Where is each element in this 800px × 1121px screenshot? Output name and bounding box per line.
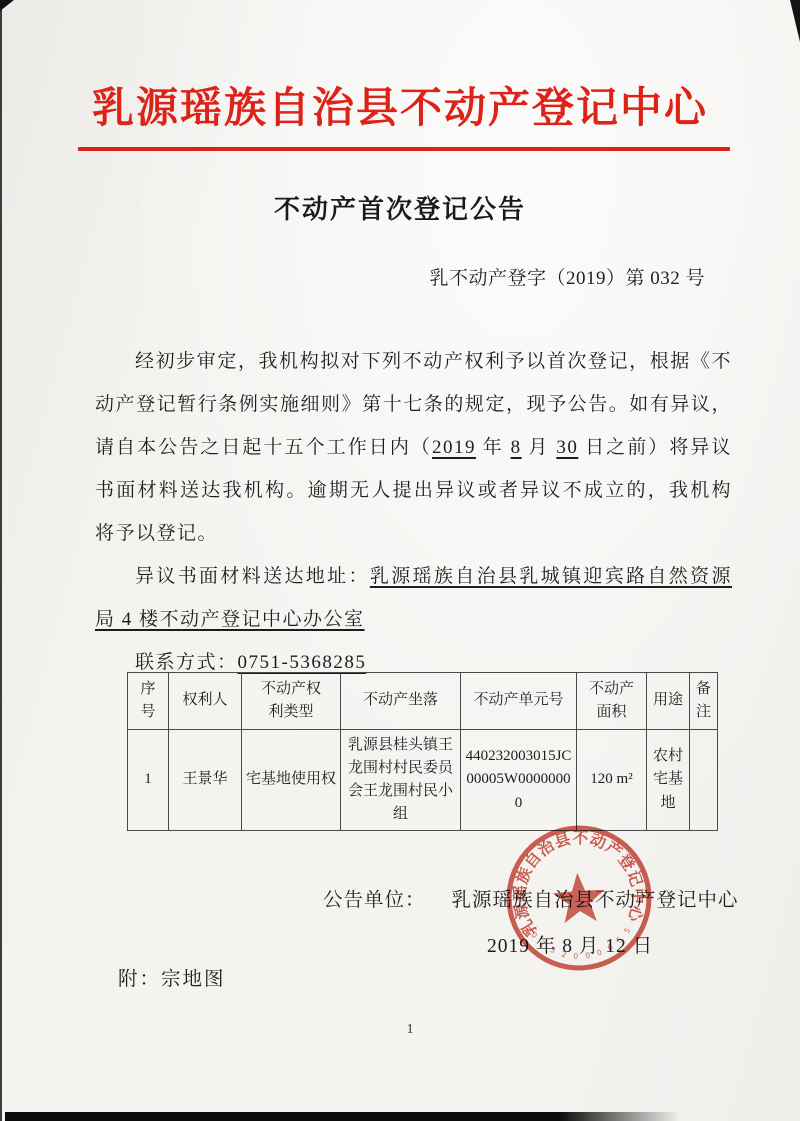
text-segment: 书面材料送达我机构。逾期无人提出异议或者异议不成立的，我机构 — [95, 480, 732, 501]
underlined-text: 2019 — [432, 437, 476, 458]
text-segment: 年 — [476, 437, 511, 458]
table-cell: 1 — [128, 730, 169, 831]
text-segment: 异议书面材料送达地址： — [135, 566, 370, 587]
scan-edge-bottom — [5, 1112, 680, 1121]
seal-star-icon — [551, 871, 606, 924]
official-seal: 乳源瑶族自治县不动产登记中心 0232000655 — [499, 818, 659, 978]
property-table-container: 序 号权利人不动产权 利类型不动产坐落不动产单元号不动产 面积用途备 注 1王景… — [127, 672, 718, 831]
table-header-cell: 序 号 — [128, 673, 169, 730]
body-line: 将予以登记。 — [95, 512, 732, 555]
table-cell: 440232003015JC 00005W00000000 — [461, 730, 577, 831]
table-header-cell: 不动产坐落 — [341, 673, 461, 730]
table-header-cell: 不动产 面积 — [577, 673, 647, 730]
text-segment: 动产登记暂行条例实施细则》第十七条的规定，现予公告。如有异议， — [95, 394, 732, 415]
text-segment: 月 — [522, 437, 557, 458]
text-segment: 联系方式： — [135, 652, 238, 673]
table-cell: 王景华 — [169, 730, 242, 831]
announcing-unit-label: 公告单位： — [323, 884, 426, 912]
scan-edge-left — [0, 0, 2, 1121]
table-header-cell: 不动产权 利类型 — [242, 673, 341, 730]
table-cell — [690, 730, 718, 831]
text-segment: 将予以登记。 — [95, 523, 218, 544]
body-line: 请自本公告之日起十五个工作日内（2019 年 8 月 30 日之前）将异议 — [95, 426, 732, 469]
body-line: 局 4 楼不动产登记中心办公室 — [95, 598, 732, 641]
table-header-cell: 用途 — [647, 673, 690, 730]
table-header-row: 序 号权利人不动产权 利类型不动产坐落不动产单元号不动产 面积用途备 注 — [128, 673, 718, 730]
text-segment: 请自本公告之日起十五个工作日内（ — [95, 437, 432, 458]
table-cell: 农村宅基地 — [647, 730, 690, 831]
body-line: 书面材料送达我机构。逾期无人提出异议或者异议不成立的，我机构 — [95, 469, 732, 512]
body-line: 经初步审定，我机构拟对下列不动产权利予以首次登记，根据《不 — [95, 340, 732, 383]
text-segment: 日之前）将异议 — [578, 437, 732, 458]
table-cell: 120 m² — [577, 730, 647, 831]
table-header-cell: 备 注 — [690, 673, 718, 730]
underlined-text: 局 4 楼不动产登记中心办公室 — [95, 609, 365, 630]
underlined-text: 0751-5368285 — [238, 652, 367, 673]
document-title: 不动产首次登记公告 — [0, 189, 800, 226]
table-row: 1王景华宅基地使用权乳源县桂头镇王龙围村村民委员会王龙围村民小组44023200… — [128, 730, 718, 831]
page-number: 1 — [0, 1022, 800, 1038]
text-segment: 经初步审定，我机构拟对下列不动产权利予以首次登记，根据《不 — [135, 351, 732, 372]
scan-corner-top-right — [790, 0, 800, 42]
property-table: 序 号权利人不动产权 利类型不动产坐落不动产单元号不动产 面积用途备 注 1王景… — [127, 672, 718, 831]
table-header-cell: 不动产单元号 — [461, 673, 577, 730]
table-header-cell: 权利人 — [169, 673, 242, 730]
underlined-text: 乳源瑶族自治县乳城镇迎宾路自然资源 — [370, 566, 732, 587]
scan-corner-top-left — [0, 0, 14, 11]
table-cell: 宅基地使用权 — [242, 730, 341, 831]
underlined-text: 30 — [556, 437, 578, 458]
body-line: 动产登记暂行条例实施细则》第十七条的规定，现予公告。如有异议， — [95, 383, 732, 426]
table-cell: 乳源县桂头镇王龙围村村民委员会王龙围村民小组 — [341, 730, 461, 831]
body-line: 异议书面材料送达地址：乳源瑶族自治县乳城镇迎宾路自然资源 — [95, 555, 732, 598]
underlined-text: 8 — [511, 437, 522, 458]
letterhead-divider-rule — [78, 147, 730, 151]
letterhead-org-title: 乳源瑶族自治县不动产登记中心 — [70, 84, 730, 134]
document-number: 乳不动产登字（2019）第 032 号 — [429, 263, 705, 290]
body-text: 经初步审定，我机构拟对下列不动产权利予以首次登记，根据《不动产登记暂行条例实施细… — [95, 340, 732, 684]
attachment-note: 附：宗地图 — [118, 963, 226, 991]
